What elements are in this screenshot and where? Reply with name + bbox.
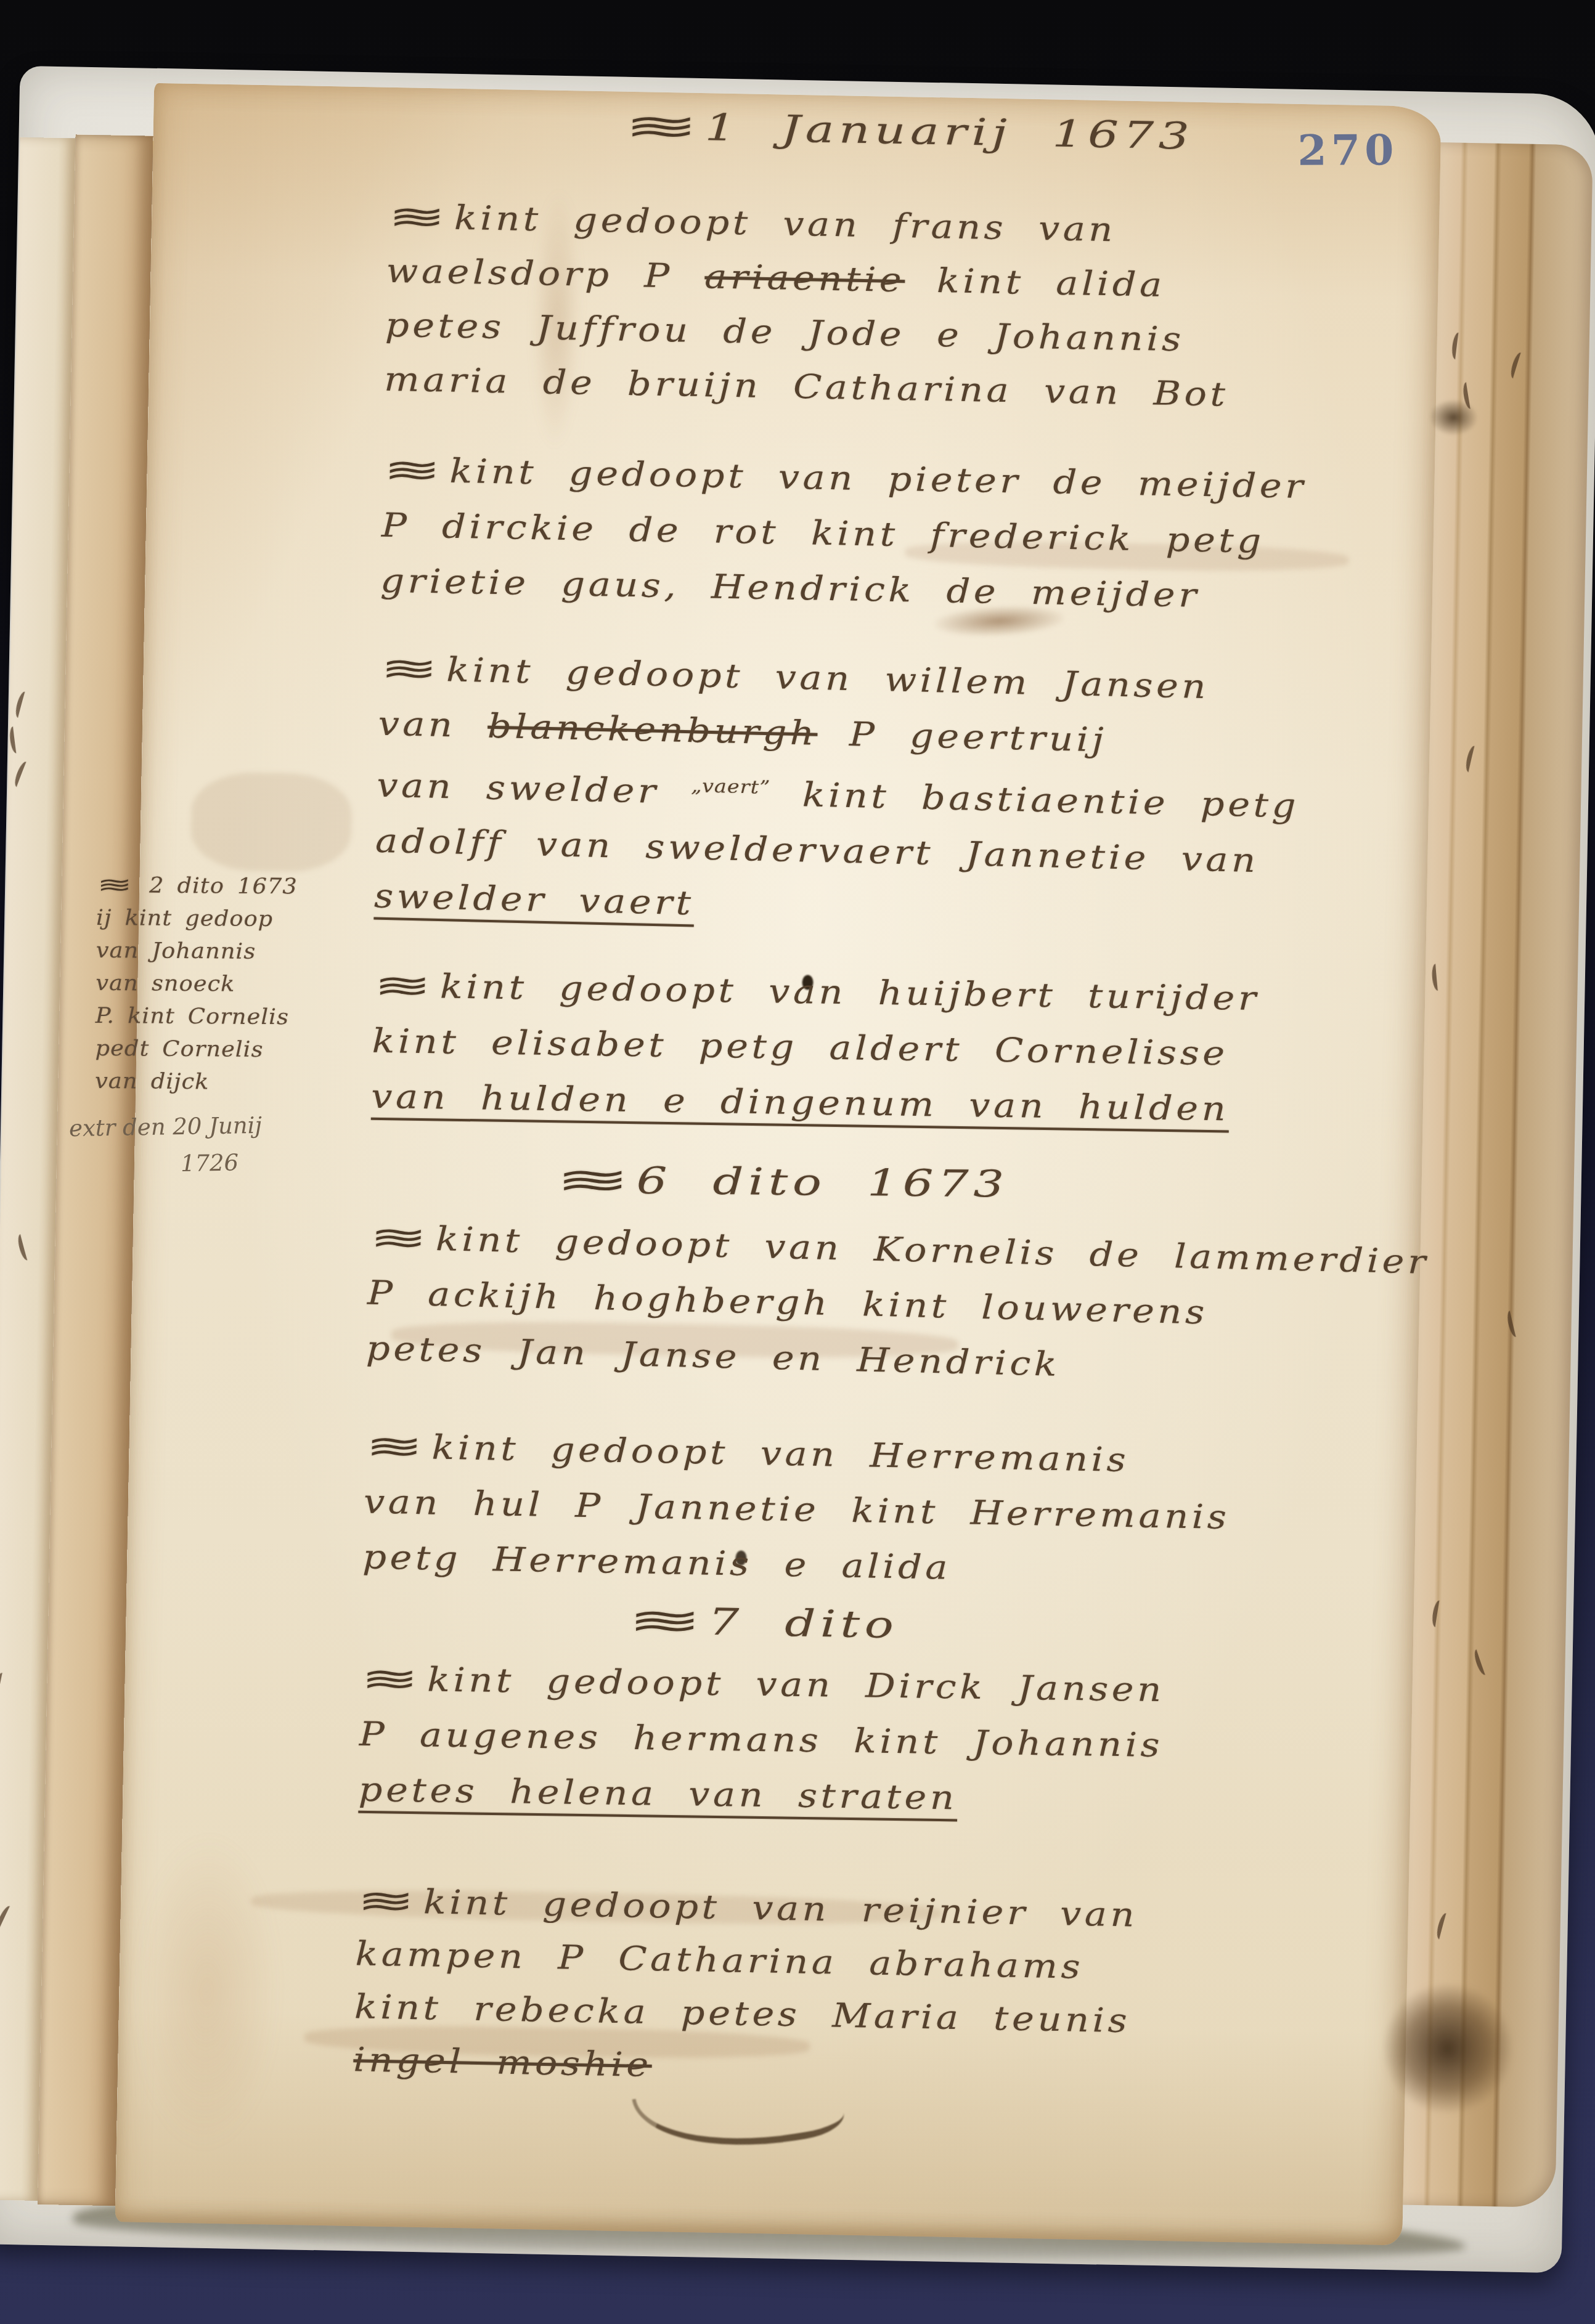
margin-note-line: van snoeck bbox=[96, 967, 297, 1002]
archival-note-line: extr den 20 Junij bbox=[69, 1107, 263, 1147]
entry-line-text: kint gedoopt van frans van bbox=[454, 198, 1117, 250]
margin-note-line: van dijck bbox=[95, 1065, 296, 1100]
entry-line-segment: kint alida bbox=[905, 261, 1166, 304]
flourish-icon: ≋ bbox=[356, 1874, 410, 1928]
flourish-icon: ≋ bbox=[386, 190, 441, 245]
entry-line-segment: kint bastiaentie petg bbox=[770, 774, 1299, 825]
margin-note-line: van Johannis bbox=[96, 935, 298, 969]
entry-line-text: kint gedoopt van Herremanis bbox=[431, 1428, 1130, 1479]
entry-line-text: kint gedoopt van Dirck Jansen bbox=[427, 1660, 1165, 1709]
date-heading-1: ≋1 Januarij 1673 bbox=[622, 105, 1063, 156]
flourish-icon: ≋ bbox=[382, 442, 437, 499]
margin-note: ≋2 dito 1673 ij kint gedoop van Johannis… bbox=[95, 869, 288, 1099]
baptism-entry-1: ≋kint gedoopt van frans van waelsdorp P … bbox=[384, 190, 1142, 420]
flourish-icon: ≋ bbox=[379, 641, 434, 697]
date-heading-3: ≋7 dito bbox=[626, 1599, 836, 1646]
flourish-icon: ≋ bbox=[626, 1599, 698, 1643]
baptism-entry-2: ≋kint gedoopt van pieter de meijder P di… bbox=[380, 442, 1208, 624]
flourish-icon: ≋ bbox=[554, 1158, 625, 1202]
entry-line-segment: waelsdorp P bbox=[386, 251, 705, 296]
heading-text: 6 dito 1673 bbox=[636, 1160, 1009, 1206]
entry-line-text: kint gedoopt van pieter de meijder bbox=[449, 452, 1307, 506]
entry-line-text: kint gedoopt van reijnier van bbox=[423, 1882, 1138, 1934]
entry-line-segment: blanckenburgh bbox=[487, 707, 818, 753]
archival-extract-note: extr den 20 Junij 1726 bbox=[69, 1107, 263, 1184]
entry-line: petes helena van straten bbox=[358, 1762, 1164, 1829]
archival-note-line: 1726 bbox=[181, 1144, 263, 1182]
entry-line-segment: P geertruij bbox=[817, 714, 1108, 760]
heading-line: ≋6 dito 1673 bbox=[554, 1158, 1009, 1206]
flourish-icon: ≋ bbox=[372, 958, 427, 1014]
baptism-entry-3: ≋kint gedoopt van willem Jansen van blan… bbox=[373, 641, 1204, 943]
entry-line-segment: van bbox=[378, 704, 488, 746]
entry-line-text: kint gedoopt van willem Jansen bbox=[446, 650, 1210, 706]
heading-text: 1 Januarij 1673 bbox=[704, 106, 1194, 158]
flourish-icon: ≋ bbox=[360, 1651, 415, 1707]
margin-note-line: ij kint gedoop bbox=[96, 902, 298, 937]
margin-note-line: pedt Cornelis bbox=[95, 1033, 296, 1067]
flourish-icon: ≋ bbox=[96, 869, 128, 902]
margin-note-text: 2 dito 1673 bbox=[149, 874, 298, 900]
flourish-icon: ≋ bbox=[622, 105, 694, 149]
entry-line-segment: ariaentie bbox=[704, 257, 905, 299]
entry-line-text: kint gedoopt van huijbert turijder bbox=[439, 967, 1260, 1018]
margin-note-line: ≋2 dito 1673 bbox=[96, 869, 298, 904]
flourish-icon: ≋ bbox=[368, 1209, 423, 1266]
baptism-register-book: 270 ≋1 Januarij 1673 ≋kint gedoopt van f… bbox=[0, 66, 1595, 2273]
baptism-entry-6: ≋kint gedoopt van Herremanis van hul P J… bbox=[362, 1418, 1139, 1599]
date-heading-2: ≋6 dito 1673 bbox=[554, 1158, 904, 1205]
page-number-stamp: 270 bbox=[1297, 126, 1398, 176]
entry-line-segment: van swelder bbox=[377, 766, 691, 812]
flourish-icon: ≋ bbox=[364, 1418, 419, 1475]
heading-line: ≋7 dito bbox=[626, 1599, 899, 1647]
baptism-entry-5: ≋kint gedoopt van Kornelis de lammerdier… bbox=[365, 1209, 1316, 1398]
margin-note-line: P. kint Cornelis bbox=[96, 1000, 297, 1034]
inserted-word: „vaert” bbox=[691, 775, 771, 798]
baptism-entry-8: ≋kint gedoopt van reijnier van kampen P … bbox=[353, 1874, 1054, 2099]
photo-background: 270 ≋1 Januarij 1673 ≋kint gedoopt van f… bbox=[0, 0, 1595, 2324]
baptism-entry-4: ≋kint gedoopt van huijbert turijder kint… bbox=[371, 958, 1165, 1136]
baptism-entry-7: ≋kint gedoopt van Dirck Jansen P augenes… bbox=[358, 1651, 1079, 1827]
heading-text: 7 dito bbox=[708, 1601, 899, 1648]
